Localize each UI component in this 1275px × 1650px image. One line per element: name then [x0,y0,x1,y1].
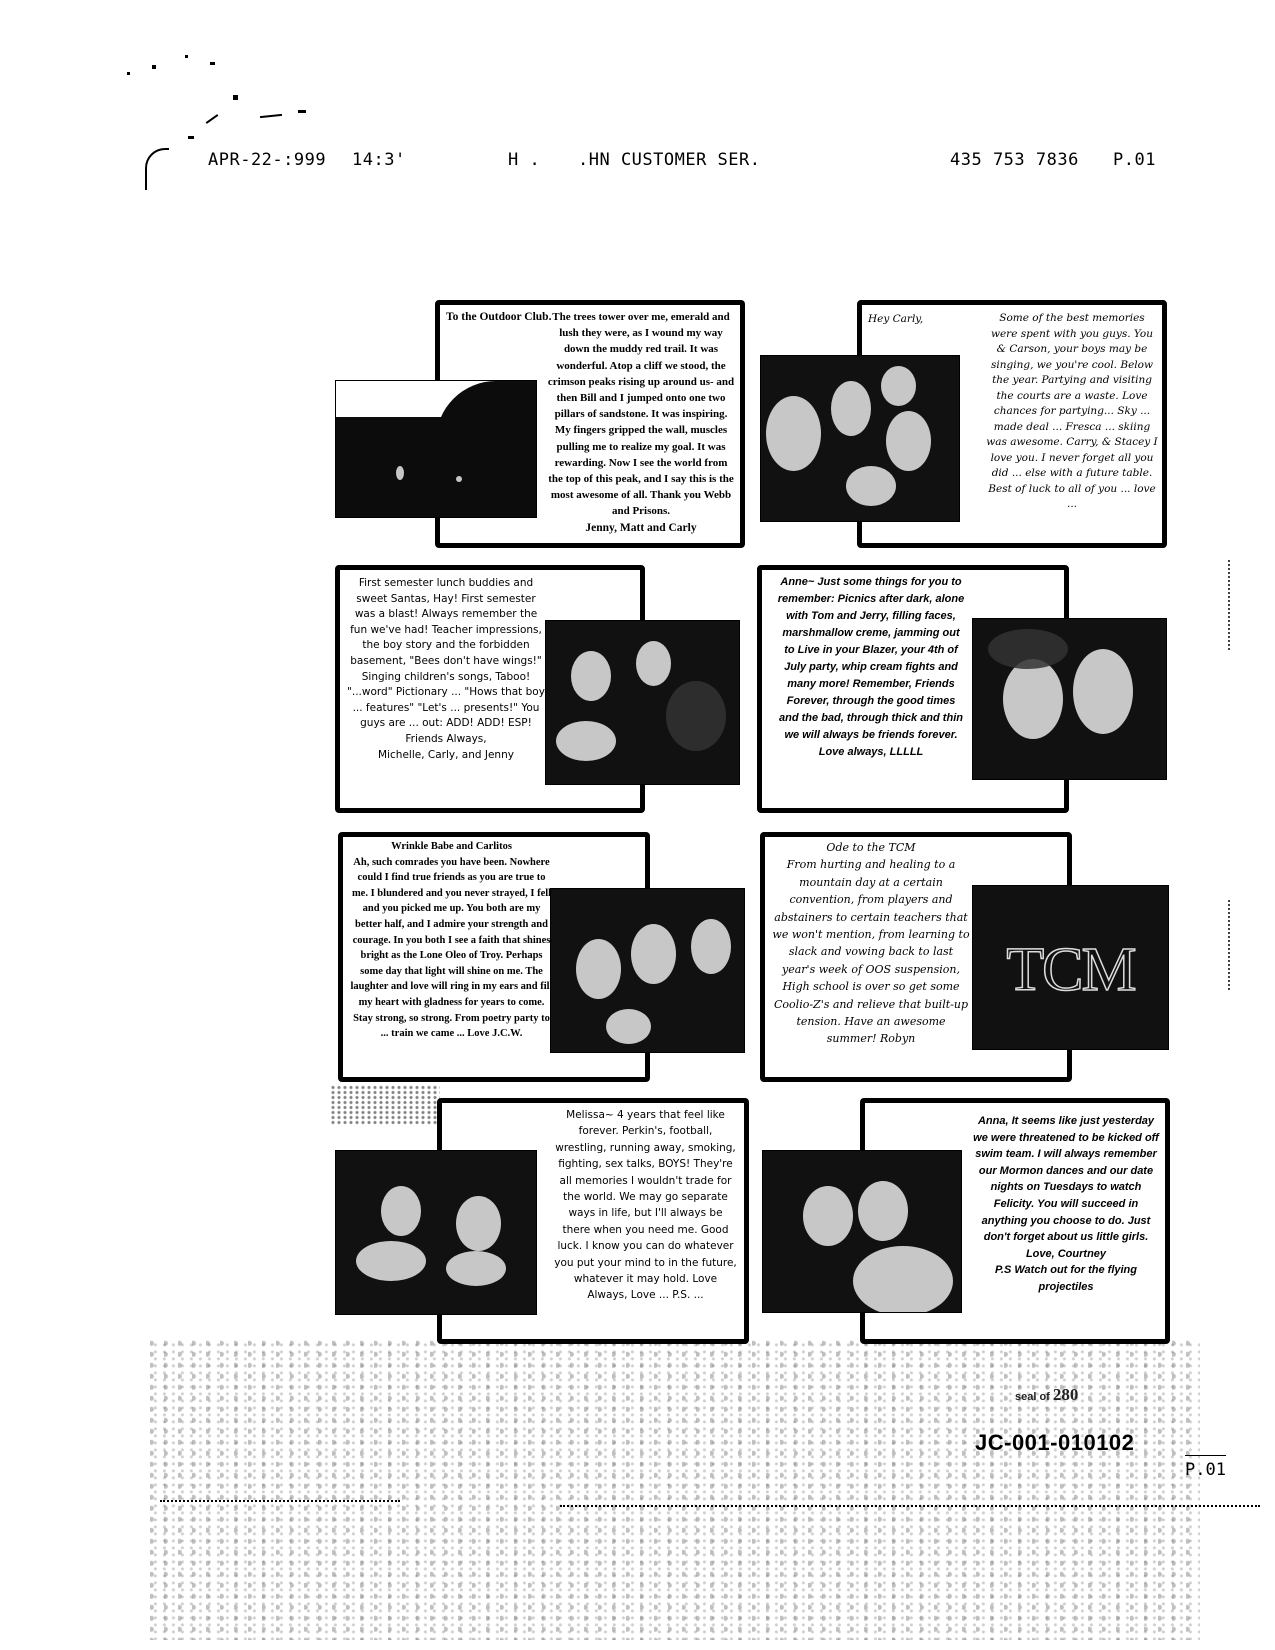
friends-group-photo [760,355,960,522]
card-salutation: Hey Carly, [868,311,923,328]
card-body: Some of the best memories were spent wit… [986,311,1158,513]
stamp: seal of 280 [1015,1385,1078,1405]
fax-noise [330,1085,440,1125]
card-salutation: Melissa~ [566,1109,614,1121]
footer-page-number: P.01 [1185,1455,1226,1480]
edge-mark [1228,900,1232,990]
card-salutation: Ode to the TCM [771,839,971,856]
card-body: First semester lunch buddies and sweet S… [346,576,546,748]
card-body: Just some things for you to remember: Pi… [778,576,964,741]
fax-page-number: P.01 [1113,150,1156,170]
fax-speck [233,95,238,100]
fax-date: APR-22-:999 [208,150,326,170]
party-photo [545,620,740,785]
fax-speck [260,114,282,118]
dotted-line [560,1505,1260,1507]
photo-tree [436,381,537,441]
fax-phone: 435 753 7836 [950,150,1079,170]
card-message: Wrinkle Babe and Carlitos Ah, such comra… [349,839,554,1042]
fax-mark: H . [508,150,540,170]
card-signature: Love always, LLLLL [776,744,966,761]
two-girls-formal-photo [335,1150,537,1315]
fax-speck [188,136,194,139]
fax-speck [206,114,219,124]
card-postscript: P.S Watch out for the flying projectiles [971,1262,1161,1295]
fax-speck [210,62,215,65]
three-girls-photo [550,888,745,1053]
stamp-prefix: seal of [1015,1391,1050,1403]
card-signature: Michelle, Carly, and Jenny [346,748,546,764]
edge-mark [1228,560,1232,650]
card-salutation: Anna, [978,1115,1009,1127]
card-message: Anne~ Just some things for you to rememb… [776,574,966,761]
fax-speck [127,72,130,75]
card-body: The trees tower over me, emerald and lus… [546,309,736,520]
card-body: 4 years that feel like forever. Perkin's… [554,1109,737,1301]
fax-header: APR-22-:999 14:3' H . .HN CUSTOMER SER. … [0,150,1275,178]
card-salutation: Wrinkle Babe and Carlitos [349,839,554,855]
card-message: First semester lunch buddies and sweet S… [346,576,546,763]
card-message: Ode to the TCM From hurting and healing … [771,839,971,1048]
fax-speck [185,55,188,58]
card-signature: Jenny, Matt and Carly [546,520,736,537]
fax-sender: .HN CUSTOMER SER. [578,150,761,170]
fax-speck [152,65,156,69]
tcm-logo-image: TCM [972,885,1169,1050]
stamp-number: 280 [1053,1385,1079,1404]
card-salutation: To the Outdoor Club. [446,309,551,326]
card-body: Ah, such comrades you have been. Nowhere… [351,857,553,1040]
card-salutation: Anne~ [780,576,814,588]
two-friends-hug-photo [762,1150,962,1313]
fax-time: 14:3' [352,150,406,170]
two-friends-portrait [972,618,1167,780]
card-body: From hurting and healing to a mountain d… [772,858,969,1045]
card-signature: Robyn [880,1032,915,1045]
card-signature: Love J.C.W. [467,1028,522,1039]
dotted-line [160,1500,400,1502]
card-body: It seems like just yesterday we were thr… [973,1115,1159,1243]
bates-number: JC-001-010102 [975,1430,1134,1456]
group-hiking-photo [335,380,537,518]
card-signature: Love, Courtney [971,1246,1161,1263]
fax-speck [298,110,306,113]
tcm-logo-text: TCM [973,935,1168,1006]
